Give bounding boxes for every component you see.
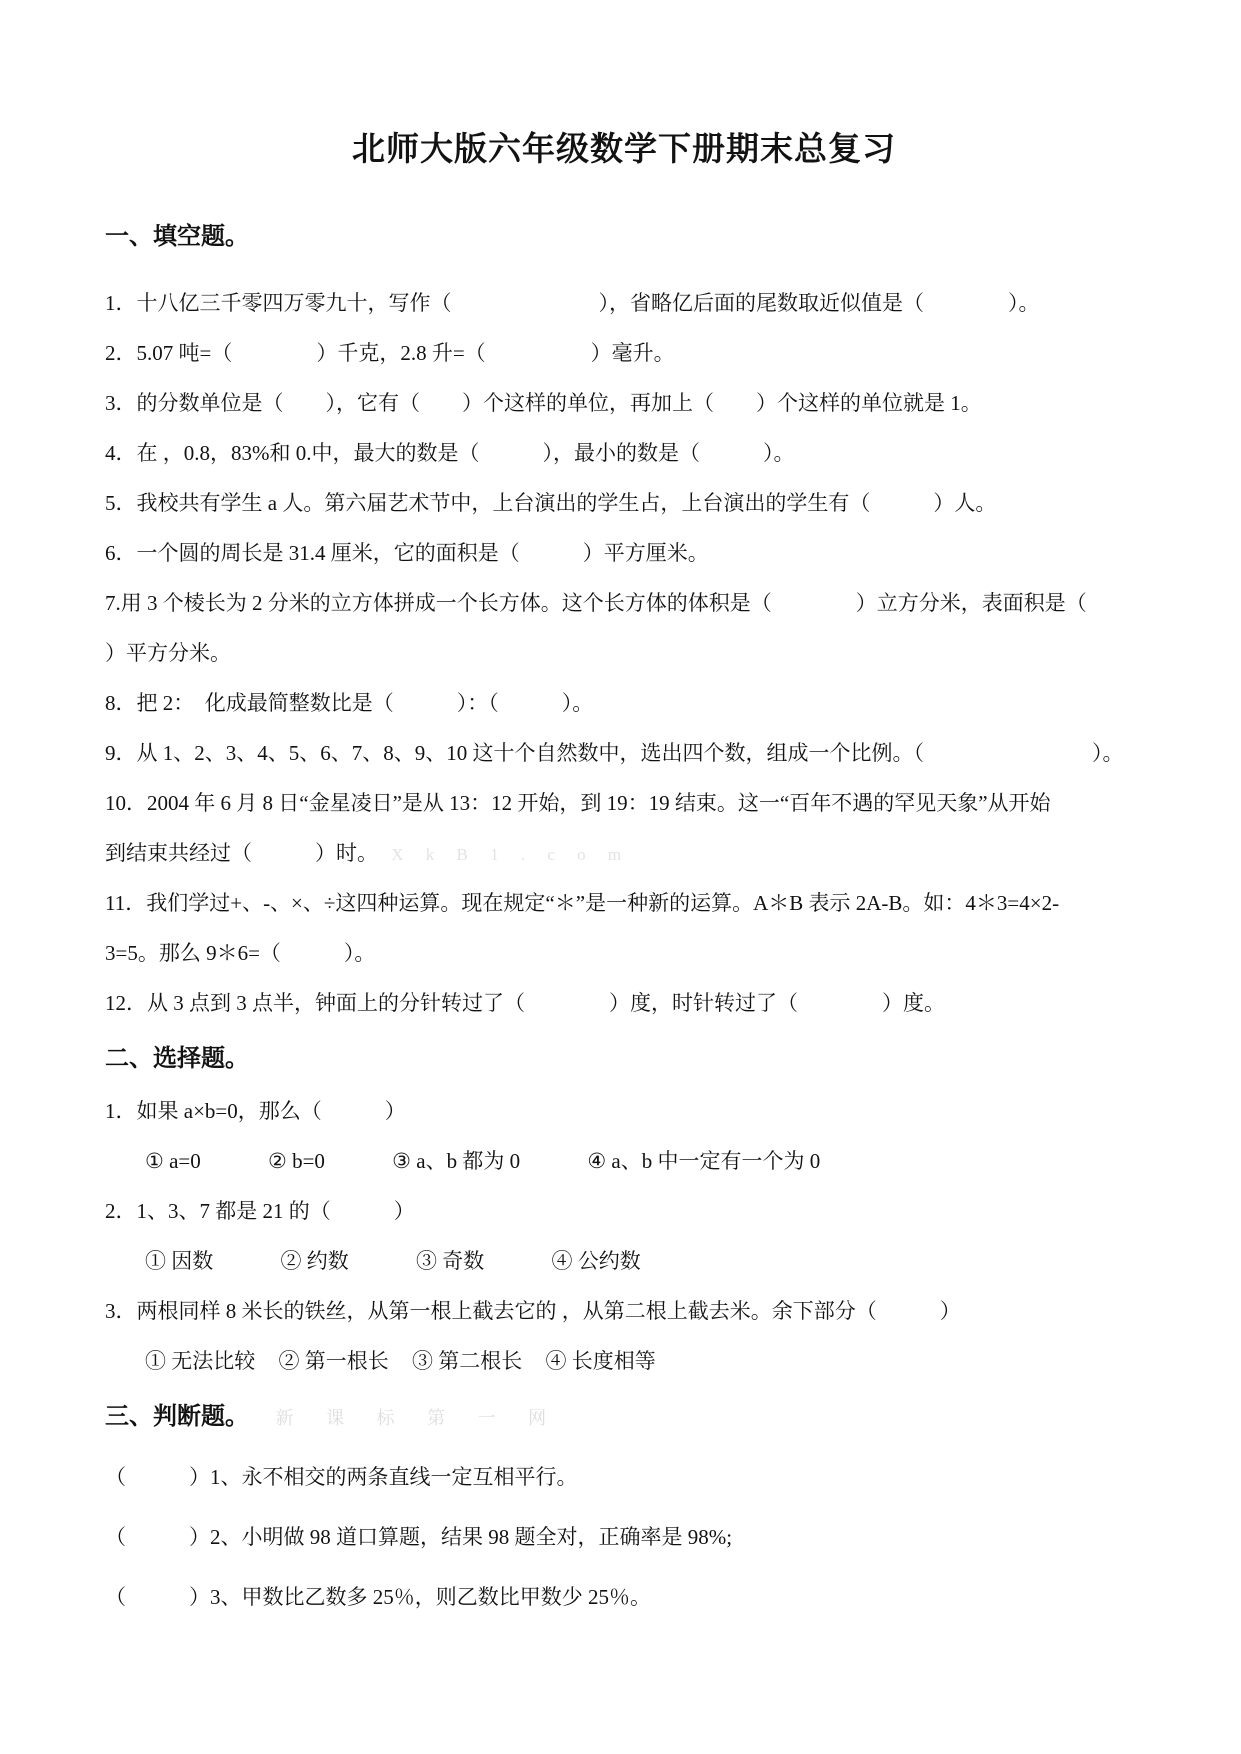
- choice-options-row: ① a=0 ② b=0 ③ a、b 都为 0 ④ a、b 中一定有一个为 0: [105, 1136, 1143, 1186]
- choice-option: ④ 长度相等: [546, 1349, 656, 1373]
- choice-option: ④ a、b 中一定有一个为 0: [587, 1149, 820, 1173]
- fill-in-question-line: 4．在 ，0.8，83%和 0.中，最大的数是（ ），最小的数是（ ）。: [105, 428, 1143, 478]
- section-heading-fill-in: 一、填空题。: [105, 222, 1143, 252]
- choice-question-stem: 2．1、3、7 都是 21 的（ ）: [105, 1186, 1143, 1236]
- fill-in-question-line: 10．2004 年 6 月 8 日“金星凌日”是从 13：12 开始，到 19：…: [105, 778, 1143, 828]
- choice-option: ③ a、b 都为 0: [392, 1149, 520, 1173]
- true-false-question-line: （ ）1、永不相交的两条直线一定互相平行。: [105, 1447, 1143, 1507]
- choice-option: ① a=0: [145, 1149, 201, 1173]
- fill-in-question-line: ）平方分米。: [105, 628, 1143, 678]
- true-false-question-line: （ ）2、小明做 98 道口算题，结果 98 题全对，正确率是 98%;: [105, 1507, 1143, 1567]
- fill-in-question-text: 到结束共经过（ ）时。: [105, 841, 378, 865]
- choice-option: ③ 第二根长: [412, 1349, 522, 1373]
- fill-in-question-line: 2．5.07 吨=（ ）千克，2.8 升=（ ）毫升。: [105, 328, 1143, 378]
- true-false-section: （ ）1、永不相交的两条直线一定互相平行。 （ ）2、小明做 98 道口算题，结…: [105, 1447, 1143, 1627]
- fill-in-question-line: 1．十八亿三千零四万零九十，写作（ ），省略亿后面的尾数取近似值是（ ）。: [105, 278, 1143, 328]
- fill-in-question-line: 5．我校共有学生 a 人。第六届艺术节中，上台演出的学生占，上台演出的学生有（ …: [105, 478, 1143, 528]
- choice-options-row: ① 因数 ② 约数 ③ 奇数 ④ 公约数: [105, 1236, 1143, 1286]
- section-heading-multiple-choice: 二、选择题。: [105, 1044, 1143, 1074]
- true-false-question-line: （ ）3、甲数比乙数多 25％，则乙数比甲数少 25％。: [105, 1567, 1143, 1627]
- watermark-xinkebiao: 新 课 标 第 一 网: [276, 1408, 561, 1428]
- fill-in-question-line: 11．我们学过+、-、×、÷这四种运算。现在规定“＊”是一种新的运算。A＊B 表…: [105, 878, 1143, 928]
- fill-in-question-line: 3．的分数单位是（ ），它有（ ）个这样的单位，再加上（ ）个这样的单位就是 1…: [105, 378, 1143, 428]
- fill-in-question-line: 7.用 3 个棱长为 2 分米的立方体拼成一个长方体。这个长方体的体积是（ ）立…: [105, 578, 1143, 628]
- choice-option: ② 约数: [281, 1249, 349, 1273]
- worksheet-page: 北师大版六年级数学下册期末总复习 一、填空题。 1．十八亿三千零四万零九十，写作…: [0, 0, 1241, 1754]
- choice-option: ② 第一根长: [279, 1349, 389, 1373]
- fill-in-question-line: 8．把 2： 化成最简整数比是（ ）：（ ）。: [105, 678, 1143, 728]
- fill-in-question-line: 6．一个圆的周长是 31.4 厘米，它的面积是（ ）平方厘米。: [105, 528, 1143, 578]
- choice-question-stem: 3．两根同样 8 米长的铁丝，从第一根上截去它的 ，从第二根上截去米。余下部分（…: [105, 1286, 1143, 1336]
- choice-question-stem: 1．如果 a×b=0，那么（ ）: [105, 1086, 1143, 1136]
- page-title: 北师大版六年级数学下册期末总复习: [105, 130, 1143, 168]
- fill-in-section: 1．十八亿三千零四万零九十，写作（ ），省略亿后面的尾数取近似值是（ ）。 2．…: [105, 278, 1143, 1028]
- choice-options-row: ① 无法比较 ② 第一根长 ③ 第二根长 ④ 长度相等: [105, 1336, 1143, 1386]
- fill-in-question-line: 3=5。那么 9＊6=（ ）。: [105, 928, 1143, 978]
- fill-in-question-line: 到结束共经过（ ）时。 X k B 1 . c o m: [105, 828, 1143, 878]
- multiple-choice-section: 1．如果 a×b=0，那么（ ） ① a=0 ② b=0 ③ a、b 都为 0 …: [105, 1086, 1143, 1386]
- choice-option: ② b=0: [268, 1149, 325, 1173]
- choice-option: ① 因数: [145, 1249, 213, 1273]
- choice-option: ④ 公约数: [552, 1249, 641, 1273]
- section-heading-true-false: 三、判断题。 新 课 标 第 一 网: [105, 1402, 1143, 1433]
- watermark-xkb1: X k B 1 . c o m: [391, 845, 630, 864]
- fill-in-question-line: 9．从 1、2、3、4、5、6、7、8、9、10 这十个自然数中，选出四个数，组…: [105, 728, 1143, 778]
- fill-in-question-line: 12．从 3 点到 3 点半，钟面上的分针转过了（ ）度，时针转过了（ ）度。: [105, 978, 1143, 1028]
- choice-option: ③ 奇数: [416, 1249, 484, 1273]
- true-false-heading-text: 三、判断题。: [105, 1403, 249, 1430]
- choice-option: ① 无法比较: [145, 1349, 255, 1373]
